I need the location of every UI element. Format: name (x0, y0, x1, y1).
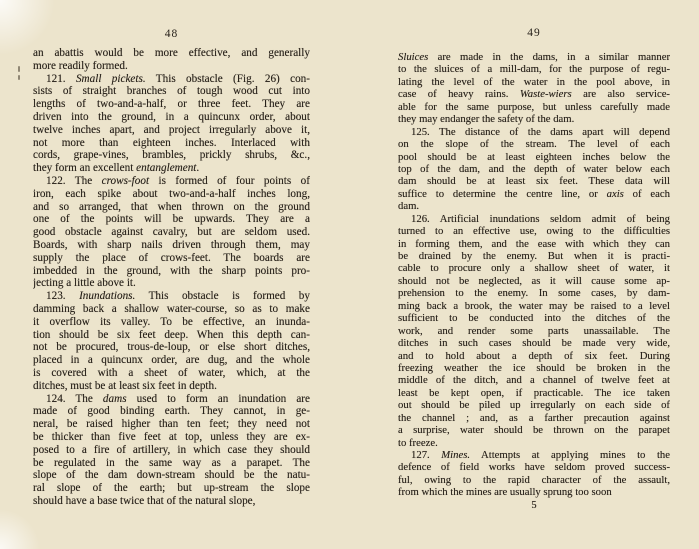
text-line: on the slope of the stream. The level of… (398, 138, 670, 150)
text-line: tion should be six feet deep. When this … (33, 329, 310, 342)
text-line: a surprise, water should be thrown on th… (398, 424, 670, 436)
text-line: ditches in such cases should be made ver… (398, 337, 670, 349)
text-line: 126. Artificial inundations seldom admit… (398, 213, 670, 225)
text-line: ral slope of the earth; but up-stream th… (33, 482, 310, 495)
page-48-text: an abattis would be more effective, and … (33, 47, 310, 508)
signature-mark: 5 (398, 500, 670, 511)
text-line: ful, owing to the rapid character of the… (398, 474, 670, 486)
text-line: neral, be raised higher than ten feet; t… (33, 418, 310, 431)
text-line: dam. (398, 200, 670, 212)
text-line: the channel ; and, as a farther precauti… (398, 412, 670, 424)
text-line: to the sluices of a mill-dam, for the pu… (398, 63, 670, 75)
scan-speck-artifact (18, 75, 20, 80)
text-line: be regulated in the same way as a parape… (33, 457, 310, 470)
text-line: should have a base twice that of the nat… (33, 495, 310, 508)
text-line: be thicker than five feet at top, unless… (33, 431, 310, 444)
text-line: to freeze. (398, 437, 670, 449)
text-line: an abattis would be more effective, and … (33, 47, 310, 60)
text-line: cable to procure only a shallow sheet of… (398, 262, 670, 274)
text-line: one of the points will be upwards. They … (33, 213, 310, 226)
text-line: imbedded in the ground, with the sharp p… (33, 265, 310, 278)
text-line: prehension to the enemy. In some cases, … (398, 287, 670, 299)
text-line: lating the level of the water in the poo… (398, 76, 670, 88)
text-line: posed to a fire of artillery, in which c… (33, 444, 310, 457)
text-line: cords, grape-vines, brambles, prickly sh… (33, 149, 310, 162)
text-line: least be kept open, if practicable. The … (398, 387, 670, 399)
page-number-left: 48 (33, 27, 310, 41)
text-line: freezing weather the ice should be broke… (398, 362, 670, 374)
text-line: 125. The distance of the dams apart will… (398, 126, 670, 138)
text-line: in forming them, and the ease with which… (398, 238, 670, 250)
text-line: and to hold about a depth of six feet. D… (398, 350, 670, 362)
text-line: slope of the dam down-stream should be t… (33, 469, 310, 482)
text-line: middle of the ditch, and a channel of tw… (398, 374, 670, 386)
page-49-text: Sluices are made in the dams, in a simil… (398, 51, 670, 499)
text-line: ditches, must be at least six feet in de… (33, 380, 310, 393)
page-48: 48 an abattis would be more effective, a… (33, 27, 310, 508)
text-line: dam should be at least six feet. These d… (398, 175, 670, 187)
text-line: 124. The dams used to form an inundation… (33, 393, 310, 406)
text-line: be drained by the enemy. But when it is … (398, 250, 670, 262)
text-line: should not be neglected, as it will caus… (398, 275, 670, 287)
text-line: iron, each spike about two-and-a-half in… (33, 188, 310, 201)
text-line: able for the same purpose, but unless ca… (398, 101, 670, 113)
text-line: and so arranged, that when thrown on the… (33, 201, 310, 214)
text-line: driven into the ground, in a quincunx or… (33, 111, 310, 124)
page-number-right: 49 (398, 26, 670, 40)
text-line: it overflow its valley. To be effective,… (33, 316, 310, 329)
text-line: twelve inches apart, and project irregul… (33, 124, 310, 137)
page-49: 49 Sluices are made in the dams, in a si… (398, 26, 670, 511)
text-line: out should be piled up irregularly on ea… (398, 399, 670, 411)
text-line: not be procured, trous-de-loup, or else … (33, 341, 310, 354)
text-line: 123. Inundations. This obstacle is forme… (33, 290, 310, 303)
text-line: Boards, with sharp nails driven through … (33, 239, 310, 252)
text-line: pool should be at least eighteen inches … (398, 151, 670, 163)
text-line: they may endanger the safety of the dam. (398, 113, 670, 125)
text-line: work, and render some parts unassailable… (398, 325, 670, 337)
text-line: placed in a quincunx order, are dug, and… (33, 354, 310, 367)
text-line: ming back a brook, the water may be rais… (398, 300, 670, 312)
text-line: suffice to determine the centre line, or… (398, 188, 670, 200)
text-line: more readily formed. (33, 60, 310, 73)
text-line: Sluices are made in the dams, in a simil… (398, 51, 670, 63)
text-line: is covered with a sheet of water, which,… (33, 367, 310, 380)
text-line: damming back a shallow water-course, so … (33, 303, 310, 316)
text-line: 122. The crows-foot is formed of four po… (33, 175, 310, 188)
text-line: not more than eighteen inches. Interlace… (33, 137, 310, 150)
text-line: made of good binding earth. They cannot,… (33, 405, 310, 418)
text-line: 127. Mines. Attempts at applying mines t… (398, 449, 670, 461)
text-line: jecting a little above it. (33, 277, 310, 290)
text-line: good obstacle against cavalry, but are s… (33, 226, 310, 239)
text-line: from which the mines are usually sprung … (398, 486, 670, 498)
text-line: defence of field works have seldom prove… (398, 461, 670, 473)
text-line: turned to an effective use, owing to the… (398, 225, 670, 237)
text-line: 121. Small pickets. This obstacle (Fig. … (33, 73, 310, 86)
scan-speck-artifact (18, 66, 20, 72)
text-line: they form an excellent entanglement. (33, 162, 310, 175)
text-line: lengths of two-and-a-half, or three feet… (33, 98, 310, 111)
text-line: top of the dam, and the depth of water b… (398, 163, 670, 175)
text-line: sufficient to be conducted into the ditc… (398, 312, 670, 324)
text-line: case of heavy rains. Waste-wiers are als… (398, 88, 670, 100)
text-line: supply the place of crows-feet. The boar… (33, 252, 310, 265)
text-line: sists of straight branches of tough wood… (33, 85, 310, 98)
